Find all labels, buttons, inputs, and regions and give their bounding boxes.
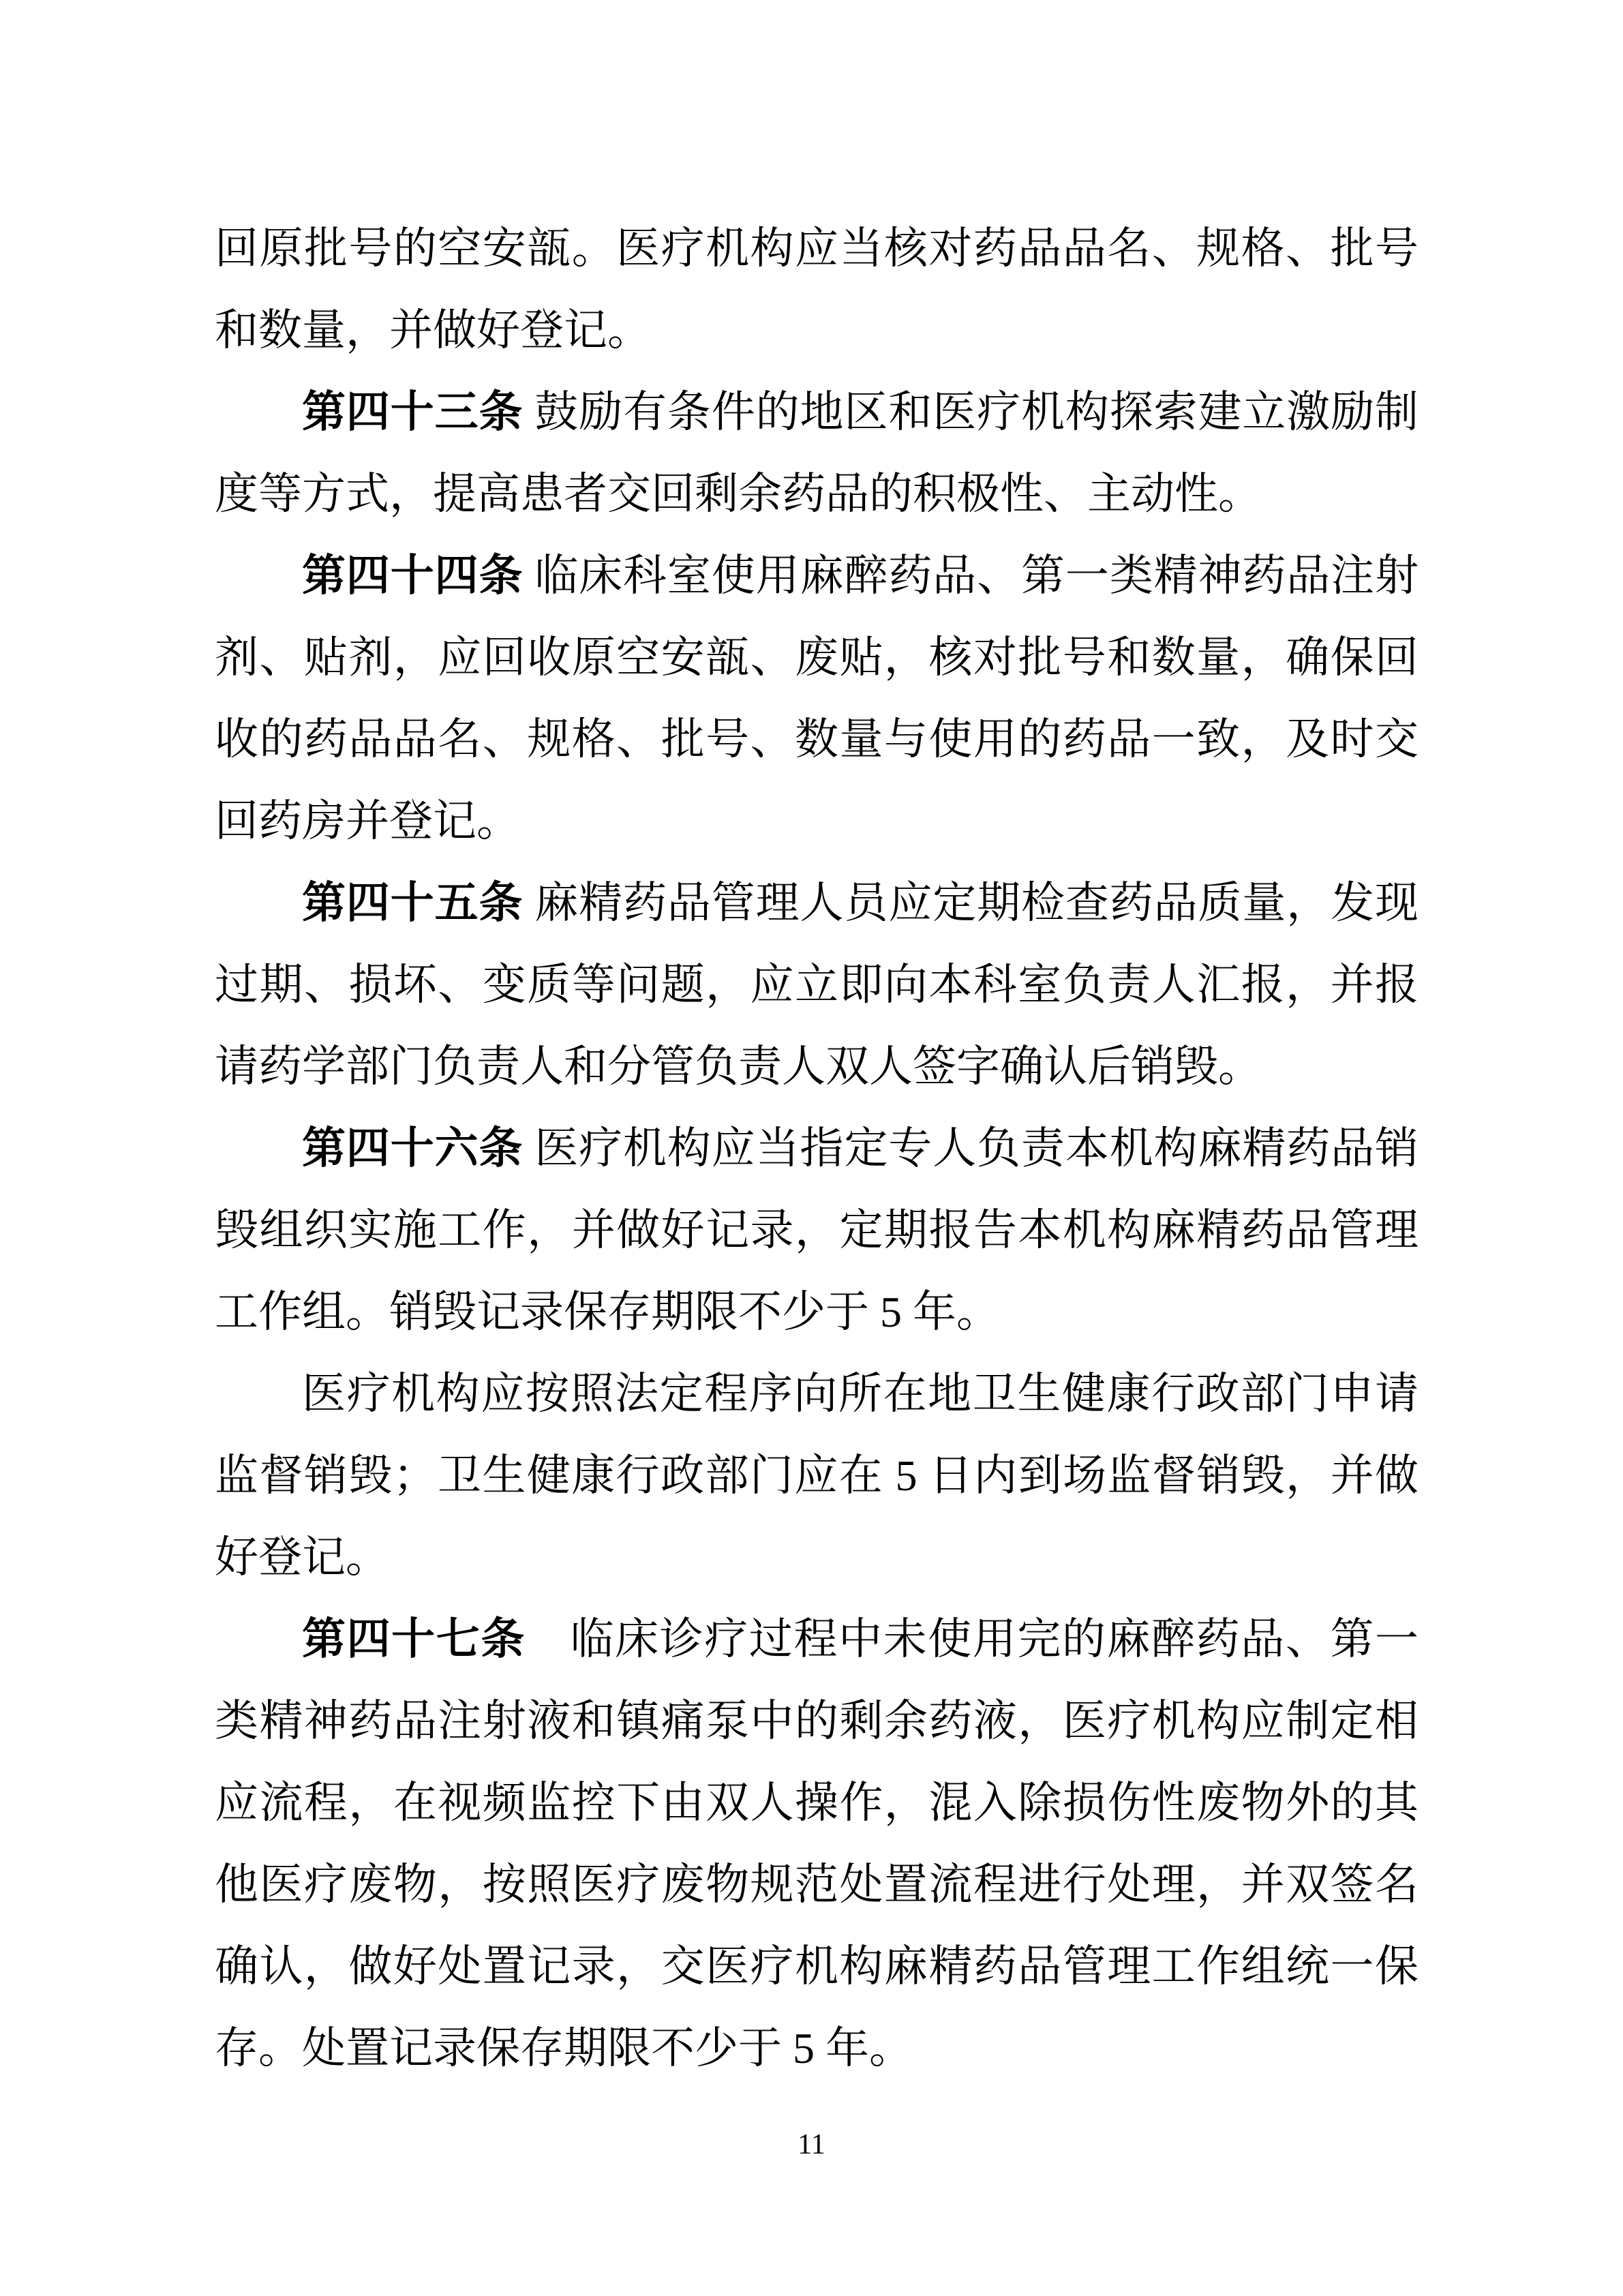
article-number: 第四十三条 (302, 388, 534, 436)
paragraph: 医疗机构应按照法定程序向所在地卫生健康行政部门申请监督销毁；卫生健康行政部门应在… (215, 1353, 1419, 1599)
paragraph: 第四十三条 鼓励有条件的地区和医疗机构探索建立激励制度等方式，提高患者交回剩余药… (215, 372, 1419, 535)
paragraph-text: 回原批号的空安瓿。医疗机构应当核对药品品名、规格、批号和数量，并做好登记。 (215, 224, 1419, 354)
page-number: 11 (0, 2126, 1623, 2164)
paragraph: 第四十六条 医疗机构应当指定专人负责本机构麻精药品销毁组织实施工作，并做好记录，… (215, 1108, 1419, 1353)
article-number: 第四十七条 (302, 1615, 571, 1663)
paragraph-text: 医疗机构应按照法定程序向所在地卫生健康行政部门申请监督销毁；卫生健康行政部门应在… (215, 1370, 1419, 1582)
document-page: 回原批号的空安瓿。医疗机构应当核对药品品名、规格、批号和数量，并做好登记。 第四… (0, 0, 1623, 2296)
article-number: 第四十六条 (302, 1124, 534, 1173)
paragraph: 第四十七条 临床诊疗过程中未使用完的麻醉药品、第一类精神药品注射液和镇痛泵中的剩… (215, 1599, 1419, 2089)
text-block: 回原批号的空安瓿。医疗机构应当核对药品品名、规格、批号和数量，并做好登记。 第四… (215, 208, 1419, 2089)
paragraph: 回原批号的空安瓿。医疗机构应当核对药品品名、规格、批号和数量，并做好登记。 (215, 208, 1419, 372)
paragraph-text: 临床诊疗过程中未使用完的麻醉药品、第一类精神药品注射液和镇痛泵中的剩余药液，医疗… (215, 1615, 1419, 2072)
article-number: 第四十四条 (302, 552, 534, 600)
paragraph: 第四十四条 临床科室使用麻醉药品、第一类精神药品注射剂、贴剂，应回收原空安瓿、废… (215, 535, 1419, 862)
paragraph: 第四十五条 麻精药品管理人员应定期检查药品质量，发现过期、损坏、变质等问题，应立… (215, 862, 1419, 1108)
article-number: 第四十五条 (302, 879, 534, 927)
